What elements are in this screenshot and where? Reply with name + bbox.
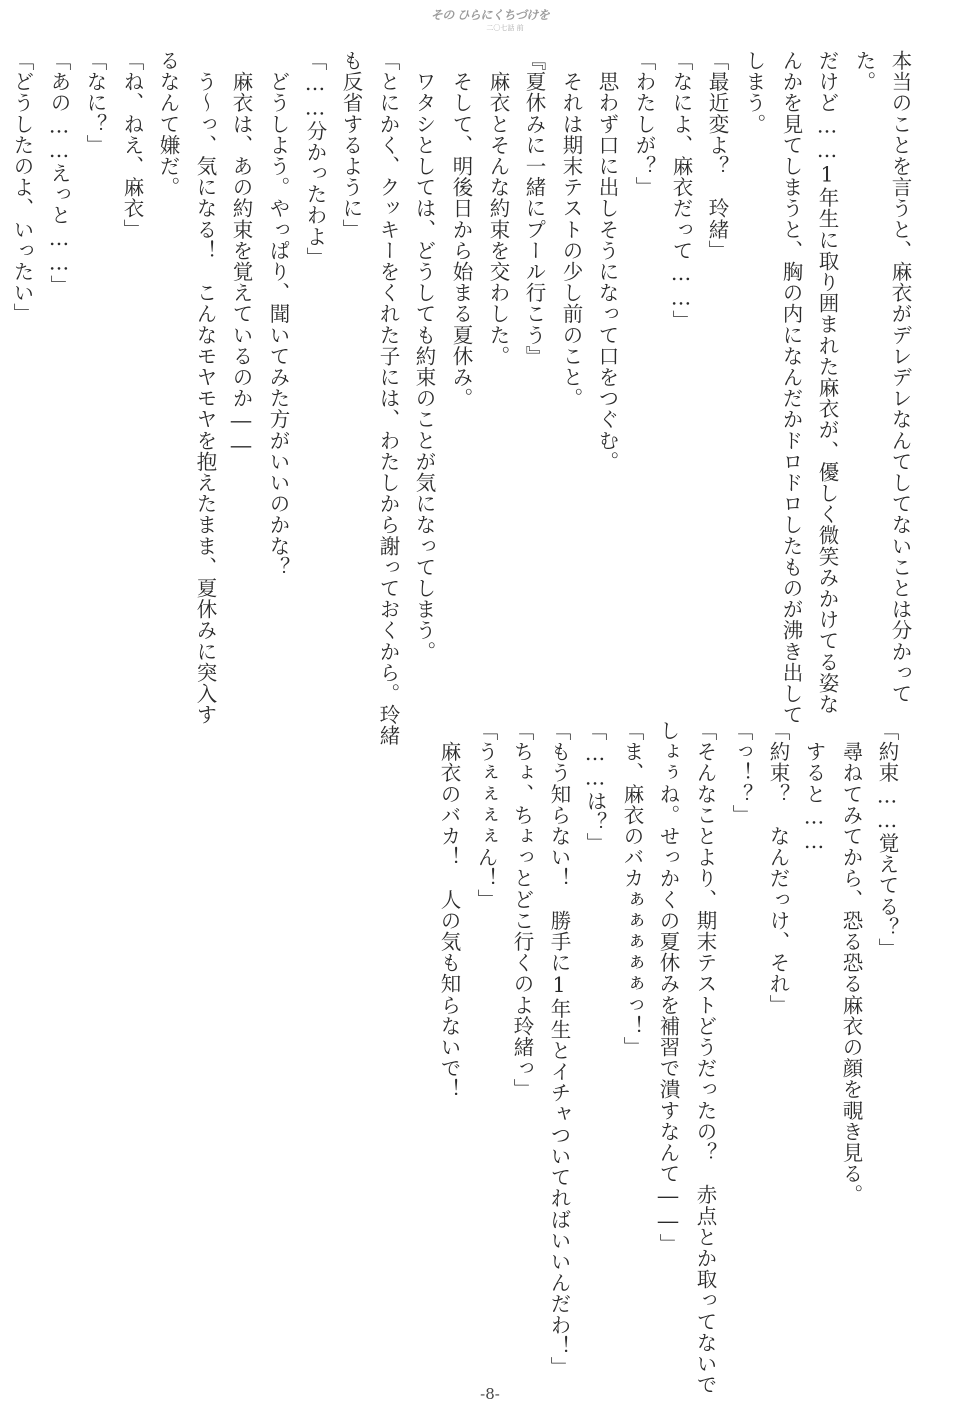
lower-text-block: 「約束……覚えてる？」 尋ねてみてから、恐る恐る麻衣の顔を覗き見る。 すると………	[0, 0, 980, 1415]
text-column: 「っ！？」	[727, 720, 755, 826]
text-column: しょぅね。せっかくの夏休みを補習で潰すなんて――」	[654, 720, 682, 1255]
text-column: 「うぇぇぇぇん！」	[472, 720, 500, 910]
text-column: 尋ねてみてから、恐る恐る麻衣の顔を覗き見る。	[837, 720, 865, 1205]
text-column: 「もう知らない！ 勝手に1年生とイチャついてればいいんだわ！」	[545, 720, 573, 1378]
text-column: 「ちょ、ちょっとどこ行くのよ玲緒っ」	[508, 720, 536, 1100]
text-column: 「……は？」	[581, 720, 609, 854]
text-column: 「約束？ なんだっけ、それ」	[764, 720, 792, 1015]
text-column: すると……	[800, 720, 828, 854]
page-number: -8-	[0, 1385, 980, 1403]
text-column: 「約束……覚えてる？」	[873, 720, 901, 959]
text-column: 麻衣のバカ！ 人の気も知らないで！	[435, 720, 463, 1100]
text-column: 「ま、麻衣のバカぁぁぁぁぁっ！」	[618, 720, 646, 1058]
text-column: 「そんなことより、期末テストどうだったの？ 赤点とか取ってないで	[691, 720, 719, 1395]
